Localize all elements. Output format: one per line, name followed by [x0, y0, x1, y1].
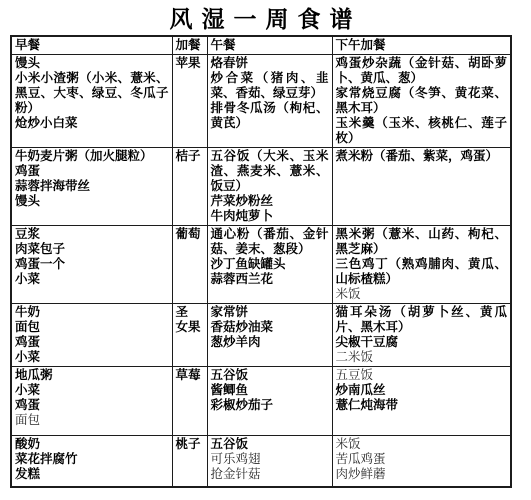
meal-item: 菜花拌腐竹 [15, 452, 169, 467]
meal-item: 牛奶 [15, 305, 169, 320]
table-row: 地瓜粥小菜鸡蛋面包草莓五谷饭酱鲫鱼彩椒炒茄子五豆饭炒南瓜丝薏仁炖海带 [11, 367, 511, 436]
meal-item: 家常饼 [211, 305, 329, 320]
meal-item: 地瓜粥 [15, 368, 169, 383]
cell-breakfast: 牛奶面包鸡蛋小菜 [11, 304, 172, 367]
meal-item: 炒南瓜丝 [336, 383, 508, 398]
meal-item: 桔子 [176, 149, 204, 164]
cell-afternoon-snack: 黑米粥（薏米、山药、枸杞、黑芝麻）三色鸡丁（熟鸡脯肉、黄瓜、山标楂糕）米饭 [332, 226, 511, 304]
meal-item: 抢金针菇 [211, 467, 329, 482]
meal-item: 小菜 [15, 350, 169, 365]
meal-item: 五豆饭 [336, 368, 508, 383]
cell-afternoon-snack: 鸡蛋炒杂蔬（金针菇、胡卧萝卜、黄瓜、葱）家常烧豆腐（冬笋、黄花菜、黑木耳）玉米羹… [332, 55, 511, 148]
meal-item: 香菇炒油菜 [211, 320, 329, 335]
meal-item: 葱炒羊肉 [211, 335, 329, 350]
cell-breakfast: 酸奶菜花拌腐竹发糕 [11, 436, 172, 487]
cell-lunch: 通心粉（番茄、金针菇、姜末、葱段）沙丁鱼缺罐头蒜蓉西兰花 [207, 226, 332, 304]
cell-snack: 桔子 [172, 148, 207, 226]
meal-item: 炒合菜（猪肉、韭菜、香茹、绿豆芽） [211, 71, 329, 101]
meal-item: 尖椒干豆腐 [336, 335, 508, 350]
table-row: 酸奶菜花拌腐竹发糕桃子五谷饭可乐鸡翅抢金针菇米饭苦瓜鸡蛋肉炒鲜蘑 [11, 436, 511, 487]
meal-item: 鸡蛋炒杂蔬（金针菇、胡卧萝卜、黄瓜、葱） [336, 56, 508, 86]
meal-item: 小菜 [15, 272, 169, 287]
cell-afternoon-snack: 米饭苦瓜鸡蛋肉炒鲜蘑 [332, 436, 511, 487]
cell-snack: 圣 女果 [172, 304, 207, 367]
meal-item: 沙丁鱼缺罐头 [211, 257, 329, 272]
meal-item: 酸奶 [15, 437, 169, 452]
cell-snack: 葡萄 [172, 226, 207, 304]
meal-item: 彩椒炒茄子 [211, 398, 329, 413]
cell-afternoon-snack: 猫耳朵汤（胡萝卜丝、黄瓜片、黑木耳）尖椒干豆腐二米饭 [332, 304, 511, 367]
meal-item: 可乐鸡翅 [211, 452, 329, 467]
meal-item: 蒜蓉拌海带丝 [15, 179, 169, 194]
cell-snack: 苹果 [172, 55, 207, 148]
meal-item: 家常烧豆腐（冬笋、黄花菜、黑木耳） [336, 86, 508, 116]
cell-lunch: 家常饼香菇炒油菜葱炒羊肉 [207, 304, 332, 367]
meal-item: 煮米粉（番茄、紫菜，鸡蛋） [336, 149, 508, 164]
cell-breakfast: 馒头小米小渣粥（小米、薏米、黑豆、大枣、绿豆、冬瓜子粉）炝炒小白菜 [11, 55, 172, 148]
column-header-snack: 加餐 [172, 36, 207, 55]
meal-item: 五谷饭 [211, 368, 329, 383]
meal-item: 薏仁炖海带 [336, 398, 508, 413]
meal-item: 小米小渣粥（小米、薏米、黑豆、大枣、绿豆、冬瓜子粉） [15, 71, 169, 116]
meal-item: 三色鸡丁（熟鸡脯肉、黄瓜、山标楂糕） [336, 257, 508, 287]
meal-item: 肉炒鲜蘑 [336, 467, 508, 482]
cell-lunch: 五谷饭可乐鸡翅抢金针菇 [207, 436, 332, 487]
meal-item: 二米饭 [336, 350, 508, 365]
cell-breakfast: 牛奶麦片粥（加火腿粒）鸡蛋蒜蓉拌海带丝馒头 [11, 148, 172, 226]
cell-lunch: 五谷饭酱鲫鱼彩椒炒茄子 [207, 367, 332, 436]
meal-item: 发糕 [15, 467, 169, 482]
meal-item: 鸡蛋一个 [15, 257, 169, 272]
table-row: 豆浆肉菜包子鸡蛋一个小菜葡萄通心粉（番茄、金针菇、姜末、葱段）沙丁鱼缺罐头蒜蓉西… [11, 226, 511, 304]
column-header-lunch: 午餐 [207, 36, 332, 55]
table-row: 牛奶面包鸡蛋小菜圣 女果家常饼香菇炒油菜葱炒羊肉猫耳朵汤（胡萝卜丝、黄瓜片、黑木… [11, 304, 511, 367]
meal-item: 米饭 [336, 437, 508, 452]
header-row: 早餐加餐午餐下午加餐 [11, 36, 511, 55]
meal-item: 排骨冬瓜汤（枸杞、黄芪） [211, 101, 329, 131]
meal-item: 牛肉炖萝卜 [211, 209, 329, 224]
cell-afternoon-snack: 煮米粉（番茄、紫菜，鸡蛋） [332, 148, 511, 226]
meal-item: 豆浆 [15, 227, 169, 242]
meal-item: 面包 [15, 413, 169, 428]
meal-item: 鸡蛋 [15, 164, 169, 179]
meal-item: 桃子 [176, 437, 204, 452]
meal-item: 草莓 [176, 368, 204, 383]
weekly-diet-page: 风湿一周食谱 早餐加餐午餐下午加餐 馒头小米小渣粥（小米、薏米、黑豆、大枣、绿豆… [0, 0, 531, 500]
cell-lunch: 烙春饼炒合菜（猪肉、韭菜、香茹、绿豆芽）排骨冬瓜汤（枸杞、黄芪） [207, 55, 332, 148]
page-title: 风湿一周食谱 [0, 0, 531, 32]
meal-item: 肉菜包子 [15, 242, 169, 257]
meal-item: 米饭 [336, 287, 508, 302]
meal-item: 苹果 [176, 56, 204, 71]
cell-snack: 桃子 [172, 436, 207, 487]
column-header-breakfast: 早餐 [11, 36, 172, 55]
cell-lunch: 五谷饭（大米、玉米渣、燕麦米、薏米、饭豆）芹菜炒粉丝牛肉炖萝卜 [207, 148, 332, 226]
meal-item: 芹菜炒粉丝 [211, 194, 329, 209]
meal-item: 通心粉（番茄、金针菇、姜末、葱段） [211, 227, 329, 257]
cell-afternoon-snack: 五豆饭炒南瓜丝薏仁炖海带 [332, 367, 511, 436]
meal-item: 鸡蛋 [15, 398, 169, 413]
meal-item: 圣 女果 [176, 305, 204, 335]
meal-item: 五谷饭 [211, 437, 329, 452]
meal-item: 馒头 [15, 194, 169, 209]
table-row: 牛奶麦片粥（加火腿粒）鸡蛋蒜蓉拌海带丝馒头桔子五谷饭（大米、玉米渣、燕麦米、薏米… [11, 148, 511, 226]
meal-item: 黑米粥（薏米、山药、枸杞、黑芝麻） [336, 227, 508, 257]
cell-snack: 草莓 [172, 367, 207, 436]
meal-item: 酱鲫鱼 [211, 383, 329, 398]
column-header-afternoon-snack: 下午加餐 [332, 36, 511, 55]
meal-item: 烙春饼 [211, 56, 329, 71]
meal-table: 早餐加餐午餐下午加餐 馒头小米小渣粥（小米、薏米、黑豆、大枣、绿豆、冬瓜子粉）炝… [10, 35, 512, 488]
meal-item: 面包 [15, 320, 169, 335]
table-row: 馒头小米小渣粥（小米、薏米、黑豆、大枣、绿豆、冬瓜子粉）炝炒小白菜苹果烙春饼炒合… [11, 55, 511, 148]
meal-item: 小菜 [15, 383, 169, 398]
meal-item: 馒头 [15, 56, 169, 71]
meal-item: 鸡蛋 [15, 335, 169, 350]
cell-breakfast: 豆浆肉菜包子鸡蛋一个小菜 [11, 226, 172, 304]
meal-item: 炝炒小白菜 [15, 116, 169, 131]
meal-item: 苦瓜鸡蛋 [336, 452, 508, 467]
meal-item: 五谷饭（大米、玉米渣、燕麦米、薏米、饭豆） [211, 149, 329, 194]
meal-item: 蒜蓉西兰花 [211, 272, 329, 287]
meal-item: 葡萄 [176, 227, 204, 242]
meal-item: 牛奶麦片粥（加火腿粒） [15, 149, 169, 164]
meal-item: 猫耳朵汤（胡萝卜丝、黄瓜片、黑木耳） [336, 305, 508, 335]
meal-item: 玉米羹（玉米、核桃仁、莲子枚） [336, 116, 508, 146]
cell-breakfast: 地瓜粥小菜鸡蛋面包 [11, 367, 172, 436]
